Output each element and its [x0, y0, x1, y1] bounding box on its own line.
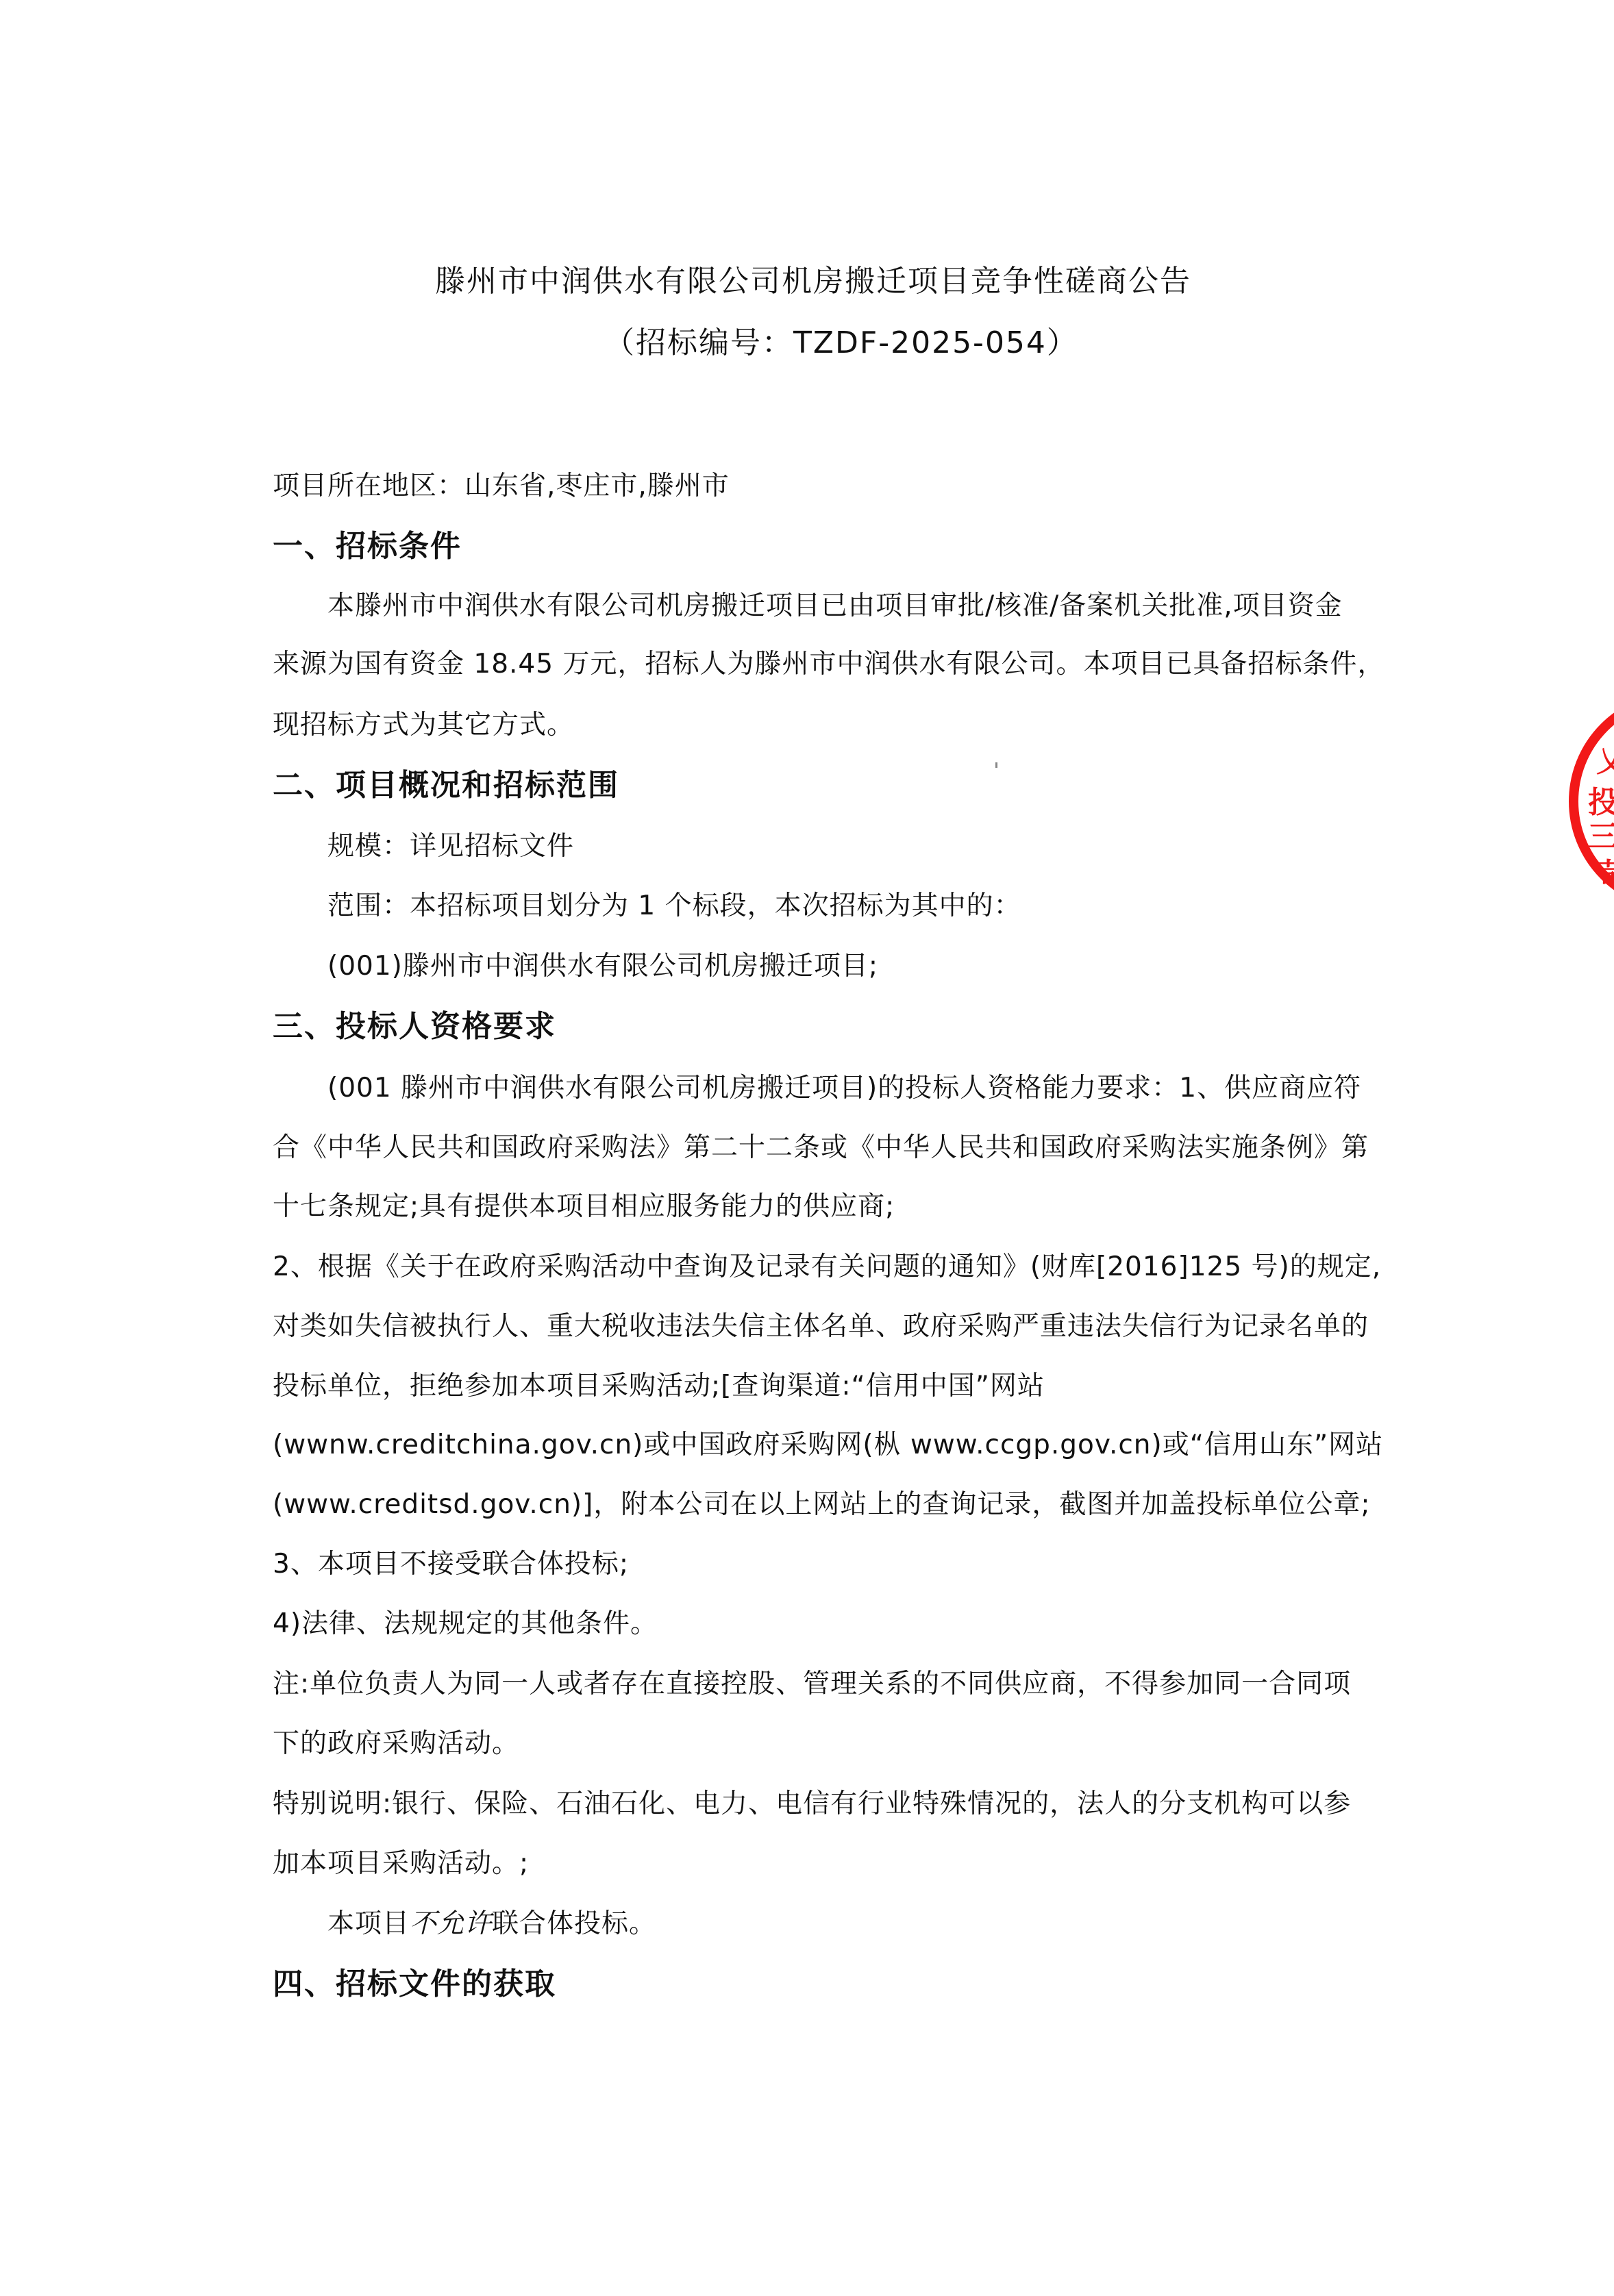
consortium-note-italic: 不允许 — [410, 1908, 492, 1939]
scan-speck — [904, 1790, 906, 1796]
section-3-line-7: (wwnw.creditchina.gov.cn)或中国政府采购网(枞 www.… — [273, 1427, 1383, 1464]
section-heading-2: 二、项目概况和招标范围 — [273, 767, 619, 804]
section-3-line-2: 合《中华人民共和国政府采购法》第二十二条或《中华人民共和国政府采购法实施条例》第 — [273, 1130, 1369, 1166]
section-3-line-12: 下的政府采购活动。 — [273, 1725, 519, 1762]
section-heading-1: 一、招标条件 — [273, 528, 462, 565]
scan-speck — [995, 762, 997, 768]
section-3-line-10: 4)法律、法规规定的其他条件。 — [273, 1606, 658, 1643]
consortium-note: 本项目不允许联合体投标。 — [327, 1906, 656, 1943]
section-1-line-1: 本滕州市中润供水有限公司机房搬迁项目已由项目审批/核准/备案机关批准,项目资金 — [327, 588, 1343, 625]
section-3-line-14: 加本项目采购活动。; — [273, 1845, 529, 1882]
seal-char-1: 乂 — [1596, 736, 1614, 780]
seal-char-4: 苛 — [1598, 849, 1614, 893]
section-2-lot-item: (001)滕州市中润供水有限公司机房搬迁项目; — [327, 948, 878, 985]
section-3-line-6: 投标单位，拒绝参加本项目采购活动;[查询渠道:“信用中国”网站 — [273, 1368, 1045, 1405]
section-heading-4: 四、招标文件的获取 — [273, 1966, 556, 2003]
section-3-line-3: 十七条规定;具有提供本项目相应服务能力的供应商; — [273, 1188, 895, 1225]
tender-code: （招标编号：TZDF-2025-054） — [604, 325, 1078, 362]
section-3-line-9: 3、本项目不接受联合体投标; — [273, 1546, 629, 1583]
section-2-range: 范围：本招标项目划分为 1 个标段，本次招标为其中的： — [327, 888, 1021, 925]
consortium-note-suffix: 联合体投标。 — [492, 1908, 656, 1939]
section-heading-3: 三、投标人资格要求 — [273, 1008, 556, 1045]
section-3-line-13: 特别说明:银行、保险、石油石化、电力、电信有行业特殊情况的，法人的分支机构可以参 — [273, 1786, 1351, 1823]
section-3-line-1: (001 滕州市中润供水有限公司机房搬迁项目)的投标人资格能力要求：1、供应商应… — [327, 1070, 1361, 1107]
section-3-line-4: 2、根据《关于在政府采购活动中查询及记录有关问题的通知》(财库[2016]125… — [273, 1249, 1381, 1286]
section-1-line-3: 现招标方式为其它方式。 — [273, 707, 574, 744]
document-title: 滕州市中润供水有限公司机房搬迁项目竞争性磋商公告 — [435, 263, 1191, 300]
section-1-line-2: 来源为国有资金 18.45 万元，招标人为滕州市中润供水有限公司。本项目已具备招… — [273, 646, 1385, 683]
project-region: 项目所在地区：山东省,枣庄市,滕州市 — [273, 468, 730, 505]
consortium-note-prefix: 本项目 — [327, 1908, 410, 1939]
section-3-line-11: 注:单位负责人为同一人或者存在直接控股、管理关系的不同供应商，不得参加同一合同项 — [273, 1666, 1351, 1703]
section-3-line-5: 对类如失信被执行人、重大税收违法失信主体名单、政府采购严重违法失信行为记录名单的 — [273, 1308, 1369, 1345]
section-2-scale: 规模：详见招标文件 — [327, 828, 574, 865]
section-3-line-8: (www.creditsd.gov.cn)]，附本公司在以上网站上的查询记录，截… — [273, 1486, 1371, 1523]
document-page: 滕州市中润供水有限公司机房搬迁项目竞争性磋商公告 （招标编号：TZDF-2025… — [0, 0, 1614, 2296]
